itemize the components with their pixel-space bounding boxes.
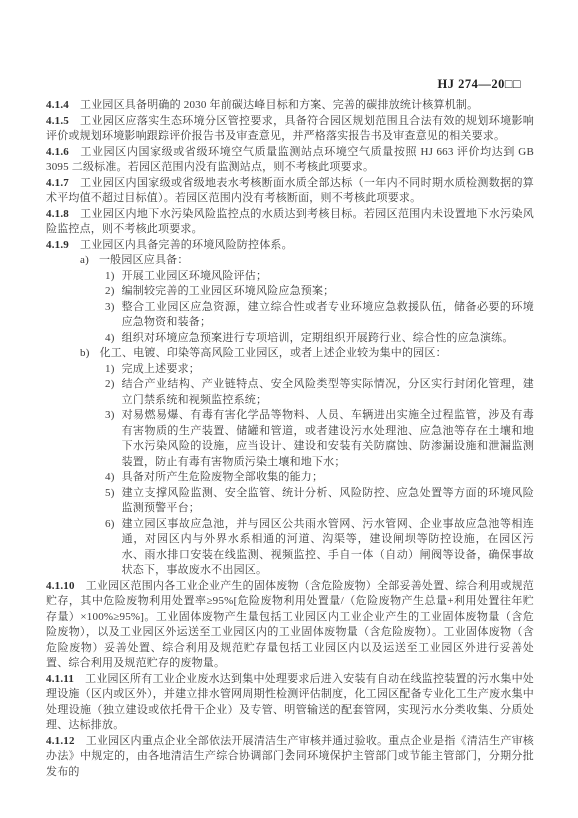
clause-4-1-8: 4.1.8工业园区内地下水污染风险监控点的水质达到考核目标。若园区范围内未设置地… — [46, 207, 534, 238]
clause-number: 4.1.4 — [46, 99, 69, 111]
item-marker: 4) — [105, 470, 115, 486]
list-item-b-6: 6) 建立园区事故应急池，并与园区公共雨水管网、污水管网、企业事故应急池等相连通… — [105, 517, 534, 579]
item-marker: a) — [80, 253, 89, 269]
item-marker: 1) — [105, 362, 115, 378]
item-text: 整合工业园区应急资源，建立综合性或者专业环境应急救援队伍，储备必要的环境应急物资… — [122, 300, 534, 331]
clause-4-1-6: 4.1.6工业园区内国家级或省级环境空气质量监测站点环境空气质量按照 HJ 66… — [46, 145, 534, 176]
clause-number: 4.1.8 — [46, 208, 69, 220]
document-page: HJ 274—20□□ 4.1.4工业园区具备明确的 2030 年前碳达峰目标和… — [0, 0, 578, 818]
list-item-b: b) 化工、电镀、印染等高风险工业园区，或者上述企业较为集中的园区： — [80, 346, 534, 362]
list-item-a: a) 一般园区应具备： — [80, 253, 534, 269]
list-item-a-3: 3) 整合工业园区应急资源，建立综合性或者专业环境应急救援队伍，储备必要的环境应… — [105, 300, 534, 331]
list-item-b-1: 1) 完成上述要求； — [105, 362, 534, 378]
item-text: 建立支撑风险监测、安全监管、统计分析、风险防控、应急处置等方面的环境风险监测预警… — [122, 486, 534, 517]
list-item-b-2: 2) 结合产业结构、产业链特点、安全风险类型等实际情况，分区实行封闭化管理，建立… — [105, 377, 534, 408]
clause-text: 工业园区内国家级或省级地表水考核断面水质全部达标（一年内不同时期水质检测数据的算… — [46, 177, 534, 205]
item-text: 建立园区事故应急池，并与园区公共雨水管网、污水管网、企业事故应急池等相连通，对园… — [122, 517, 534, 579]
clause-4-1-9: 4.1.9工业园区内具备完善的环境风险防控体系。 — [46, 238, 534, 254]
list-item-b-5: 5) 建立支撑风险监测、安全监管、统计分析、风险防控、应急处置等方面的环境风险监… — [105, 486, 534, 517]
list-item-b-3: 3) 对易燃易爆、有毒有害化学品等物料、人员、车辆进出实施全过程监管，涉及有毒有… — [105, 408, 534, 470]
clause-text: 工业园区内具备完善的环境风险防控体系。 — [80, 239, 293, 251]
list-item-b-4: 4) 具备对所产生危险废物全部收集的能力； — [105, 470, 534, 486]
clause-text: 工业园区具备明确的 2030 年前碳达峰目标和方案、完善的碳排放统计核算机制。 — [80, 99, 478, 111]
clause-number: 4.1.9 — [46, 239, 69, 251]
item-text: 编制较完善的工业园区环境风险应急预案； — [122, 284, 335, 300]
item-text: 组织对环境应急预案进行专项培训，定期组织开展跨行业、综合性的应急演练。 — [122, 331, 514, 347]
item-marker: 4) — [105, 331, 115, 347]
item-marker: 3) — [105, 408, 115, 470]
clause-text: 工业园区范围内各工业企业产生的固体废物（含危险废物）全部妥善处置、综合利用或规范… — [46, 580, 534, 670]
item-marker: 3) — [105, 300, 115, 331]
clause-number: 4.1.12 — [46, 735, 75, 747]
item-marker: 1) — [105, 269, 115, 285]
item-text: 化工、电镀、印染等高风险工业园区，或者上述企业较为集中的园区： — [100, 346, 447, 362]
clause-4-1-4: 4.1.4工业园区具备明确的 2030 年前碳达峰目标和方案、完善的碳排放统计核… — [46, 98, 534, 114]
list-item-a-1: 1) 开展工业园区环境风险评估； — [105, 269, 534, 285]
item-marker: 5) — [105, 486, 115, 517]
clause-text: 工业园区应落实生态环境分区管控要求，具备符合园区规划范围且合法有效的规划环境影响… — [46, 115, 534, 143]
item-text: 结合产业结构、产业链特点、安全风险类型等实际情况，分区实行封闭化管理，建立门禁系… — [122, 377, 534, 408]
clause-number: 4.1.11 — [46, 673, 74, 685]
page-number: 3 — [0, 748, 578, 759]
clause-text: 工业园区所有工业企业废水达到集中处理要求后进入安装有自动在线监控装置的污水集中处… — [46, 673, 534, 732]
item-marker: 2) — [105, 284, 115, 300]
standard-number: HJ 274—20□□ — [438, 77, 521, 92]
clause-4-1-10: 4.1.10工业园区范围内各工业企业产生的固体废物（含危险废物）全部妥善处置、综… — [46, 579, 534, 672]
item-marker: 6) — [105, 517, 115, 579]
item-marker: b) — [80, 346, 90, 362]
item-text: 完成上述要求； — [122, 362, 200, 378]
item-text: 开展工业园区环境风险评估； — [122, 269, 268, 285]
list-item-a-4: 4) 组织对环境应急预案进行专项培训，定期组织开展跨行业、综合性的应急演练。 — [105, 331, 534, 347]
clause-4-1-7: 4.1.7工业园区内国家级或省级地表水考核断面水质全部达标（一年内不同时期水质检… — [46, 176, 534, 207]
clause-4-1-11: 4.1.11工业园区所有工业企业废水达到集中处理要求后进入安装有自动在线监控装置… — [46, 672, 534, 734]
list-item-a-2: 2) 编制较完善的工业园区环境风险应急预案； — [105, 284, 534, 300]
item-marker: 2) — [105, 377, 115, 408]
clause-4-1-5: 4.1.5工业园区应落实生态环境分区管控要求，具备符合园区规划范围且合法有效的规… — [46, 114, 534, 145]
clause-text: 工业园区内地下水污染风险监控点的水质达到考核目标。若园区范围内未设置地下水污染风… — [46, 208, 534, 236]
clause-number: 4.1.6 — [46, 146, 69, 158]
document-body: 4.1.4工业园区具备明确的 2030 年前碳达峰目标和方案、完善的碳排放统计核… — [46, 98, 534, 780]
clause-text: 工业园区内国家级或省级环境空气质量监测站点环境空气质量按照 HJ 663 评价均… — [46, 146, 534, 174]
item-text: 一般园区应具备： — [99, 253, 189, 269]
item-text: 对易燃易爆、有毒有害化学品等物料、人员、车辆进出实施全过程监管，涉及有毒有害物质… — [122, 408, 534, 470]
item-text: 具备对所产生危险废物全部收集的能力； — [122, 470, 324, 486]
clause-number: 4.1.5 — [46, 115, 69, 127]
clause-number: 4.1.7 — [46, 177, 69, 189]
clause-number: 4.1.10 — [46, 580, 75, 592]
